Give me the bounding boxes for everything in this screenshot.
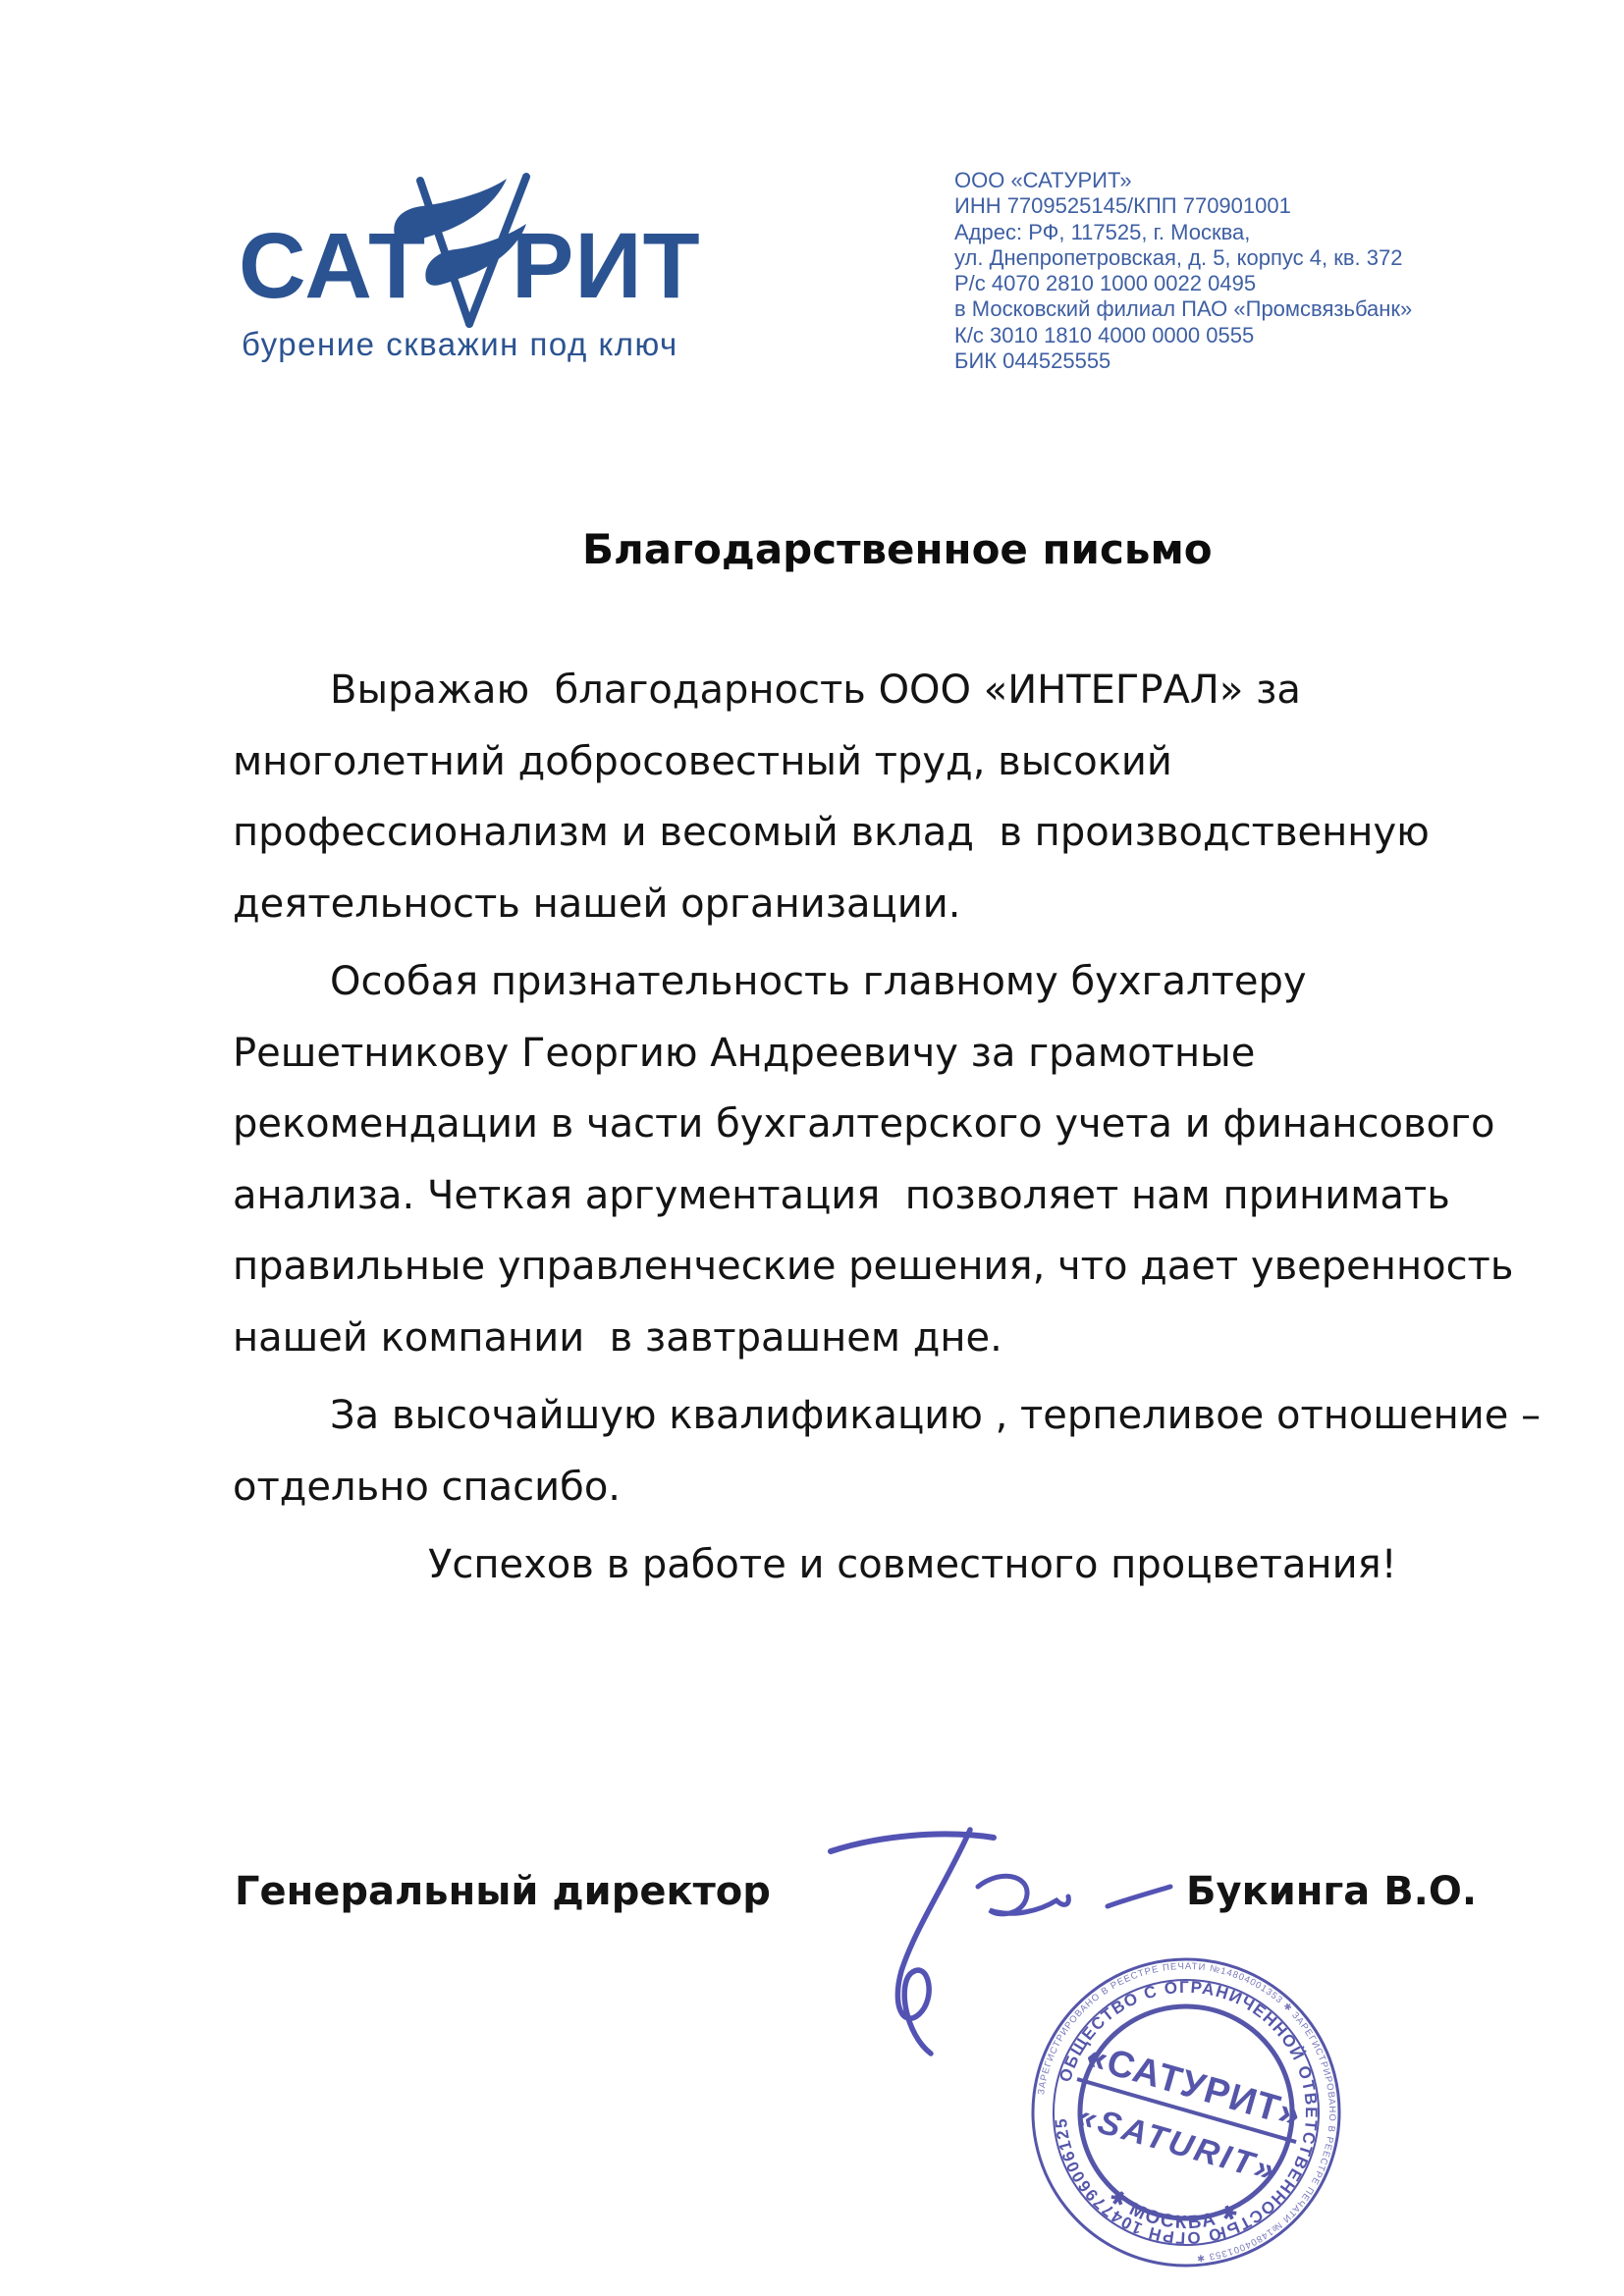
- body-line: анализа. Четкая аргументация позволяет н…: [233, 1160, 1568, 1232]
- body-paragraph: Особая признательность главному бухгалте…: [233, 946, 1568, 1373]
- body-line: Решетникову Георгию Андреевичу за грамот…: [233, 1018, 1568, 1090]
- requisite-line: БИК 044525555: [954, 348, 1412, 374]
- requisite-line: ООО «САТУРИТ»: [954, 168, 1412, 193]
- logo-wordmark-end: РИТ: [512, 220, 701, 313]
- requisite-line: ул. Днепропетровская, д. 5, корпус 4, кв…: [954, 245, 1412, 271]
- requisite-line: К/с 3010 1810 4000 0000 0555: [954, 323, 1412, 348]
- requisite-line: ИНН 7709525145/КПП 770901001: [954, 193, 1412, 219]
- company-requisites: ООО «САТУРИТ»ИНН 7709525145/КПП 77090100…: [954, 168, 1412, 374]
- drill-bit-icon: [391, 173, 530, 332]
- body-line: Особая признательность главному бухгалте…: [233, 946, 1568, 1018]
- requisite-line: Адрес: РФ, 117525, г. Москва,: [954, 220, 1412, 245]
- round-stamp-icon: ЗАРЕГИСТРИРОВАНО В РЕЕСТРЕ ПЕЧАТИ №14804…: [1002, 1929, 1370, 2296]
- body-line: правильные управленческие решения, что д…: [233, 1231, 1568, 1303]
- letter-body: Выражаю благодарность ООО «ИНТЕГРАЛ» зам…: [233, 655, 1568, 1608]
- body-line: многолетний добросовестный труд, высокий: [233, 726, 1568, 798]
- body-line: Успехов в работе и совместного процветан…: [233, 1529, 1568, 1601]
- body-line: рекомендации в части бухгалтерского учет…: [233, 1089, 1568, 1160]
- body-line: За высочайшую квалификацию , терпеливое …: [233, 1380, 1568, 1452]
- director-position-label: Генеральный директор: [235, 1868, 771, 1915]
- director-name-label: Букинга В.О.: [1186, 1868, 1477, 1915]
- body-line: Выражаю благодарность ООО «ИНТЕГРАЛ» за: [233, 655, 1568, 726]
- body-line: отдельно спасибо.: [233, 1452, 1568, 1523]
- letter-page: САТ РИТ бурение скважин под ключ ООО «СА…: [0, 0, 1624, 2296]
- body-line: нашей компании в завтрашнем дне.: [233, 1303, 1568, 1374]
- requisite-line: в Московский филиал ПАО «Промсвязьбанк»: [954, 296, 1412, 322]
- body-line: профессионализм и весомый вклад в произв…: [233, 797, 1568, 869]
- letter-title: Благодарственное письмо: [582, 525, 1213, 574]
- logo-tagline: бурение скважин под ключ: [242, 326, 678, 363]
- body-line: деятельность нашей организации.: [233, 869, 1568, 940]
- body-paragraph: За высочайшую квалификацию , терпеливое …: [233, 1380, 1568, 1522]
- body-paragraph: Успехов в работе и совместного процветан…: [233, 1529, 1568, 1601]
- requisite-line: Р/с 4070 2810 1000 0022 0495: [954, 271, 1412, 296]
- body-paragraph: Выражаю благодарность ООО «ИНТЕГРАЛ» зам…: [233, 655, 1568, 939]
